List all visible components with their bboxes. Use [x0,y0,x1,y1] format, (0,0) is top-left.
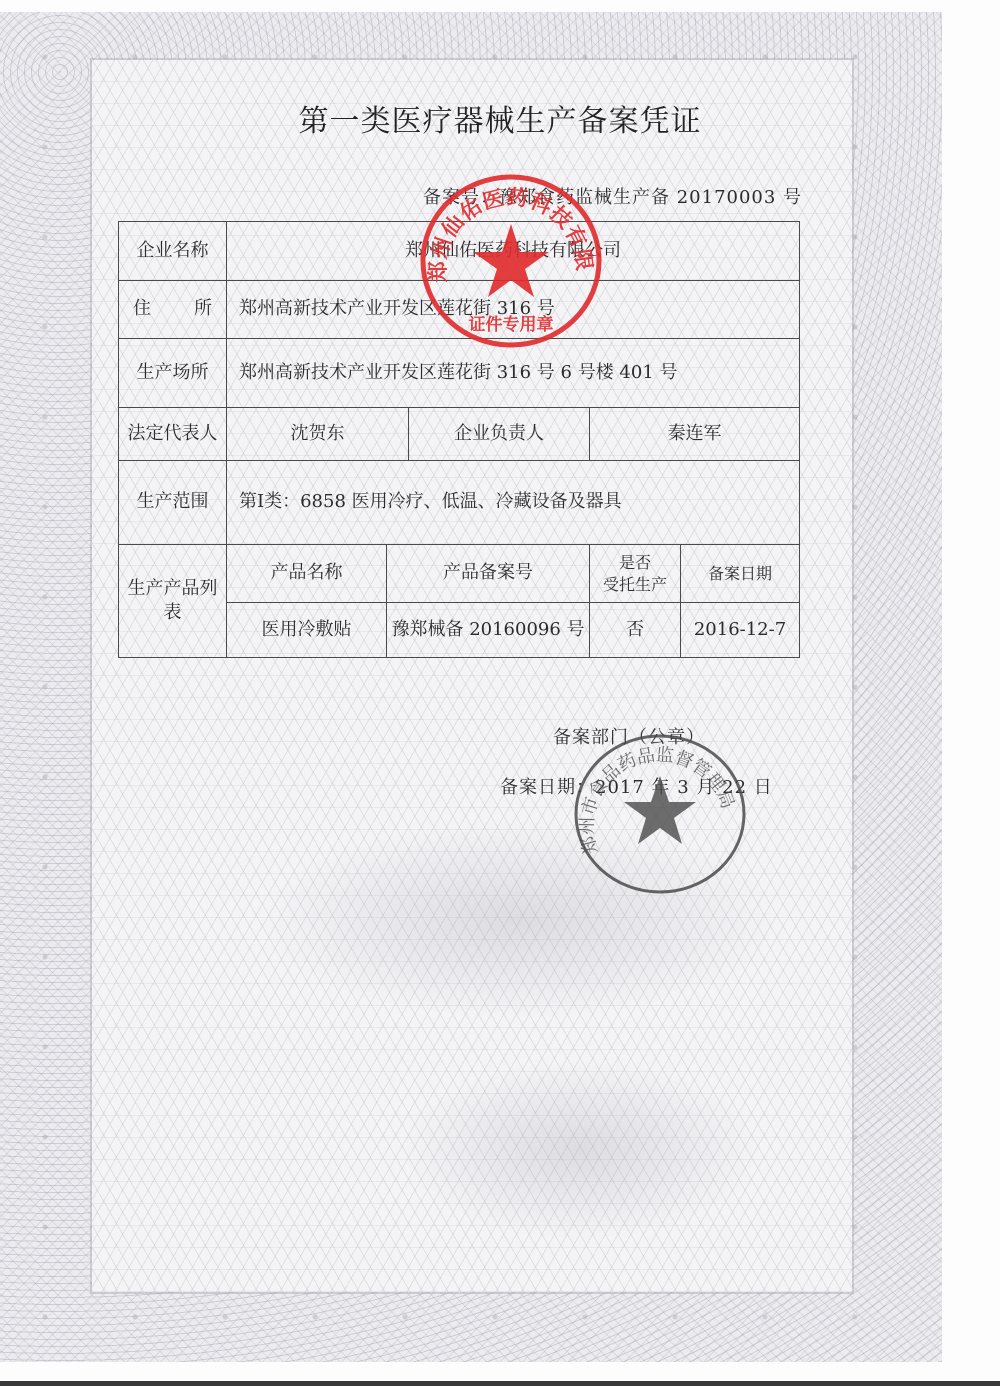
company-name-value: 郑州仙佑医药科技有限公司 [227,222,800,281]
record-date-cell: 2016-12-7 [681,603,800,658]
product-name-cell: 医用冷敷贴 [227,603,387,658]
legal-rep-label: 法定代表人 [119,408,227,461]
row-company-name: 企业名称 郑州仙佑医药科技有限公司 [119,222,800,281]
entrusted-cell: 否 [590,603,681,658]
row-production-scope: 生产范围 第Ⅰ类：6858 医用冷疗、低温、冷藏设备及器具 [119,461,800,545]
production-scope-label: 生产范围 [119,461,227,545]
scan-edge [0,1381,1000,1386]
row-production-site: 生产场所 郑州高新技术产业开发区莲花街 316 号 6 号楼 401 号 [119,339,800,408]
filing-number-value: 豫郑食药监械生产备 20170003 号 [499,187,802,208]
row-legal-representative: 法定代表人 沈贺东 企业负责人 秦连军 [119,408,800,461]
filing-number: 备案号：豫郑食药监械生产备 20170003 号 [423,183,802,209]
header-record-date: 备案日期 [681,545,800,603]
header-entrusted: 是否 受托生产 [590,545,681,603]
company-name-label: 企业名称 [119,222,227,281]
scan-smudge [260,820,780,1020]
legal-rep-value: 沈贺东 [227,408,409,461]
filing-department: 备案部门（公章） [553,723,705,749]
certificate-table: 企业名称 郑州仙佑医药科技有限公司 住所 郑州高新技术产业开发区莲花街 316 … [118,221,800,658]
header-record-number: 产品备案号 [387,545,590,603]
row-residence: 住所 郑州高新技术产业开发区莲花街 316 号 [119,281,800,339]
residence-value: 郑州高新技术产业开发区莲花街 316 号 [227,281,800,339]
header-product-name: 产品名称 [227,545,387,603]
residence-label: 住所 [119,281,227,339]
scan-smudge [400,1060,760,1240]
document-title: 第一类医疗器械生产备案凭证 [0,96,1000,140]
enterprise-head-label: 企业负责人 [409,408,590,461]
product-list-label: 生产产品列表 [119,545,227,658]
production-site-value: 郑州高新技术产业开发区莲花街 316 号 6 号楼 401 号 [227,339,800,408]
filing-number-label: 备案号： [423,187,499,208]
filing-date: 备案日期：2017 年 3 月 22 日 [500,773,773,799]
enterprise-head-value: 秦连军 [590,408,800,461]
product-list-header-row: 生产产品列表 产品名称 产品备案号 是否 受托生产 备案日期 [119,545,800,603]
production-scope-value: 第Ⅰ类：6858 医用冷疗、低温、冷藏设备及器具 [227,461,800,545]
record-number-cell: 豫郑械备 20160096 号 [387,603,590,658]
production-site-label: 生产场所 [119,339,227,408]
